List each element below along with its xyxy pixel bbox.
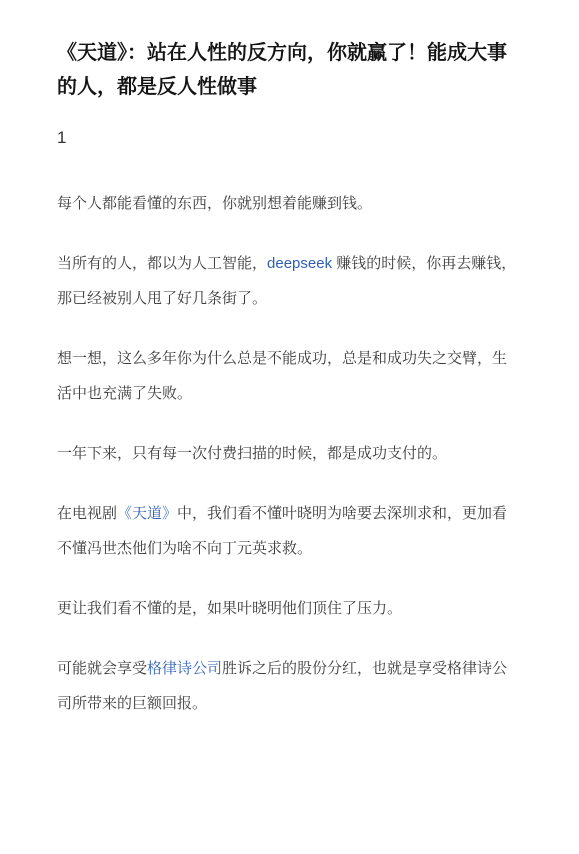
document-page: 《天道》：站在人性的反方向，你就赢了！能成大事的人，都是反人性做事 1 每个人都… — [0, 0, 579, 854]
article-title: 《天道》：站在人性的反方向，你就赢了！能成大事的人，都是反人性做事 — [57, 36, 517, 104]
paragraph-3: 想一想，这么多年你为什么总是不能成功，总是和成功失之交臂，生活中也充满了失败。 — [57, 341, 517, 411]
paragraph-text: 更让我们看不懂的是，如果叶晓明他们顶住了压力。 — [57, 600, 402, 617]
paragraph-1: 每个人都能看懂的东西，你就别想着能赚到钱。 — [57, 186, 517, 221]
paragraph-7: 可能就会享受格律诗公司胜诉之后的股份分红，也就是享受格律诗公司所带来的巨额回报。 — [57, 651, 517, 721]
paragraph-4: 一年下来，只有每一次付费扫描的时候，都是成功支付的。 — [57, 436, 517, 471]
paragraph-text: 可能就会享受 — [57, 660, 147, 677]
paragraph-text: 在电视剧 — [57, 505, 117, 522]
paragraph-text: 想一想，这么多年你为什么总是不能成功，总是和成功失之交臂，生活中也充满了失败。 — [57, 350, 507, 402]
paragraph-text: 每个人都能看懂的东西，你就别想着能赚到钱。 — [57, 195, 372, 212]
paragraph-text: 当所有的人，都以为人工智能， — [57, 255, 267, 272]
section-number: 1 — [57, 126, 517, 150]
paragraph-text: 一年下来，只有每一次付费扫描的时候，都是成功支付的。 — [57, 445, 447, 462]
paragraph-2: 当所有的人，都以为人工智能，deepseek 赚钱的时候，你再去赚钱，那已经被别… — [57, 246, 517, 316]
link-deepseek[interactable]: deepseek — [267, 255, 332, 272]
link-gelvshi-company[interactable]: 格律诗公司 — [147, 660, 222, 677]
paragraph-6: 更让我们看不懂的是，如果叶晓明他们顶住了压力。 — [57, 591, 517, 626]
paragraph-5: 在电视剧《天道》中，我们看不懂叶晓明为啥要去深圳求和，更加看不懂冯世杰他们为啥不… — [57, 496, 517, 566]
link-tiandao[interactable]: 《天道》 — [117, 505, 177, 522]
